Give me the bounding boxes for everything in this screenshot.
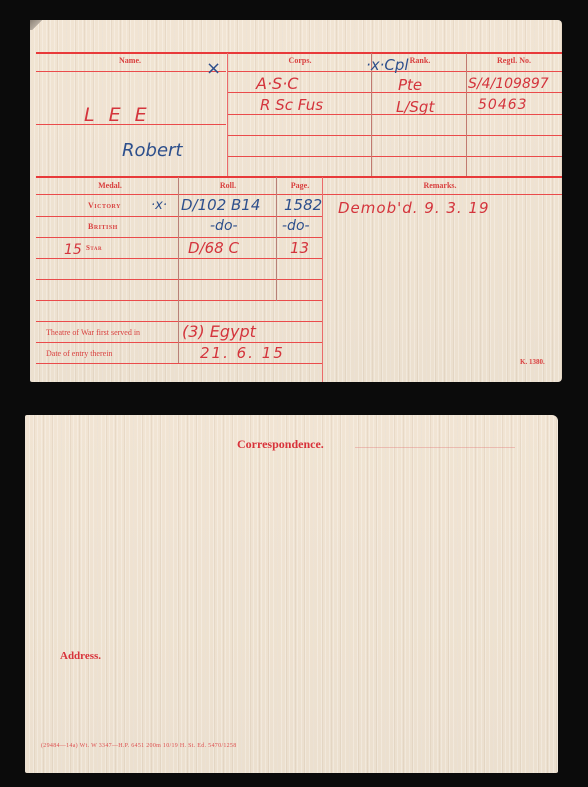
page-star: 13 bbox=[290, 239, 309, 257]
divider-rank-regtl bbox=[466, 53, 467, 176]
rule bbox=[36, 216, 322, 217]
medal-star: Star bbox=[86, 244, 102, 252]
header-name: Name. bbox=[90, 56, 170, 65]
surname: L E E bbox=[84, 104, 151, 126]
divider-roll-page bbox=[276, 177, 277, 301]
date-label: Date of entry therein bbox=[46, 349, 112, 358]
rule-middle bbox=[36, 176, 562, 178]
rule bbox=[36, 279, 322, 280]
roll-british: -do- bbox=[210, 218, 238, 234]
corps-2: R Sc Fus bbox=[260, 96, 323, 114]
rank-2: L/Sgt bbox=[396, 98, 434, 116]
roll-star: D/68 C bbox=[188, 239, 239, 257]
page-victory: 1582 bbox=[284, 196, 322, 214]
roll-victory: D/102 B14 bbox=[181, 196, 260, 214]
medal-british: British bbox=[88, 222, 118, 231]
forename: Robert bbox=[122, 140, 182, 161]
medal-victory: Victory bbox=[88, 201, 121, 210]
regtl-no-1: S/4/109897 bbox=[468, 76, 549, 92]
corps-1: A·S·C bbox=[256, 74, 298, 93]
remarks-value: Demob'd. 9. 3. 19 bbox=[338, 199, 490, 217]
rule-top bbox=[36, 52, 562, 54]
address-heading: Address. bbox=[60, 650, 101, 662]
rule bbox=[228, 156, 562, 157]
rule bbox=[228, 135, 562, 136]
medal-index-card-back: Correspondence. Address. (29484—14a) Wt.… bbox=[25, 415, 558, 773]
divider-name-corps bbox=[227, 53, 228, 176]
rule bbox=[36, 258, 322, 259]
header-remarks: Remarks. bbox=[400, 181, 480, 190]
header-page: Page. bbox=[270, 181, 330, 190]
header-medal: Medal. bbox=[70, 181, 150, 190]
date-value: 21. 6. 15 bbox=[200, 344, 285, 362]
rank-annotation: ·x·Cpl bbox=[366, 56, 409, 74]
header-corps: Corps. bbox=[260, 56, 340, 65]
medal-index-card-front: Name. Corps. Rank. Regtl. No. × L E E Ro… bbox=[30, 20, 562, 382]
rule bbox=[36, 194, 562, 195]
rule bbox=[36, 363, 322, 364]
rule bbox=[36, 237, 322, 238]
victory-mark: ·x· bbox=[151, 198, 167, 213]
rule bbox=[36, 300, 322, 301]
print-footer: (29484—14a) Wt. W 3347—H.P. 6451 200m 10… bbox=[41, 743, 237, 749]
header-roll: Roll. bbox=[188, 181, 268, 190]
corner-fold bbox=[30, 20, 44, 30]
page-british: -do- bbox=[282, 218, 310, 234]
header-regtl-no: Regtl. No. bbox=[474, 56, 554, 65]
rule bbox=[36, 342, 322, 343]
faint-rule bbox=[355, 447, 515, 448]
cross-mark: × bbox=[206, 58, 221, 79]
rank-1: Pte bbox=[398, 76, 422, 94]
theatre-value: (3) Egypt bbox=[182, 322, 256, 341]
regtl-no-2: 50463 bbox=[478, 97, 528, 113]
theatre-label: Theatre of War first served in bbox=[46, 328, 140, 337]
medal-15-prefix: 15 bbox=[64, 242, 82, 258]
divider-medal-roll bbox=[178, 177, 179, 363]
rule bbox=[228, 114, 562, 115]
rule bbox=[36, 321, 322, 322]
rule bbox=[36, 71, 226, 72]
correspondence-heading: Correspondence. bbox=[237, 437, 324, 452]
form-code: K. 1380. bbox=[520, 358, 545, 366]
